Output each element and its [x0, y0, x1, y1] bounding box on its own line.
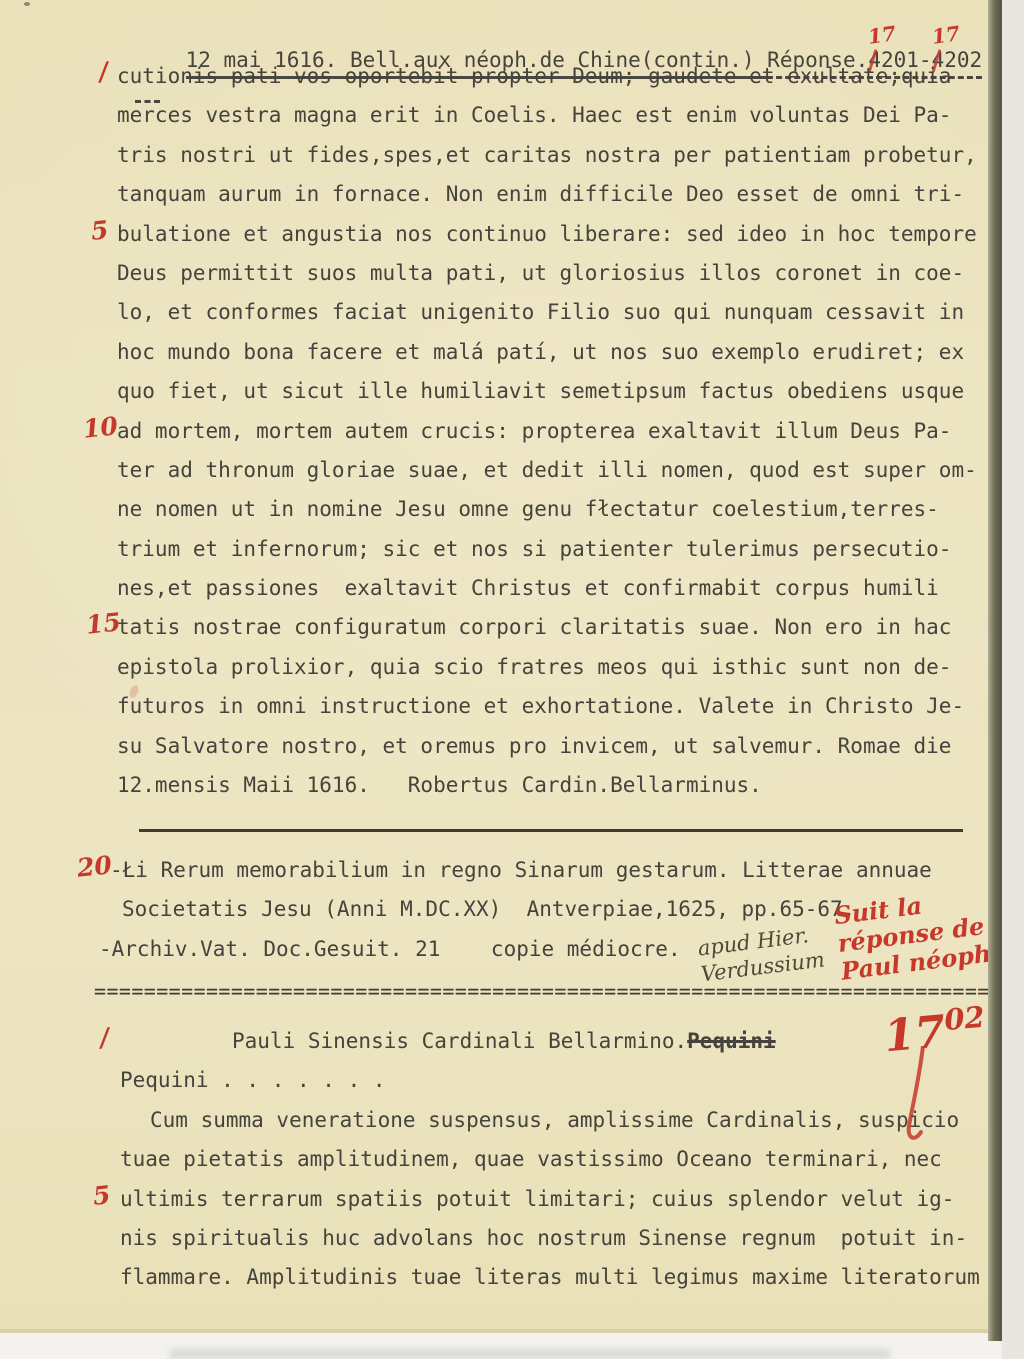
- text-line-content: Societatis Jesu (Anni M.DC.XX) Antverpia…: [122, 897, 855, 921]
- red-margin-line-number: 5: [92, 1182, 112, 1209]
- text-line: 20-Łi Rerum memorabilium in regno Sinaru…: [110, 851, 1002, 890]
- text-line: tuae pietatis amplitudinem, quae vastiss…: [120, 1140, 1000, 1179]
- text-line-content: epistola prolixior, quia scio fratres me…: [117, 655, 951, 679]
- text-line-content: tuae pietatis amplitudinem, quae vastiss…: [120, 1147, 942, 1171]
- text-line: 12.mensis Maii 1616. Robertus Cardin.Bel…: [117, 766, 997, 805]
- text-line-content: su Salvatore nostro, et oremus pro invic…: [117, 734, 951, 758]
- text-line-content: Deus permittit suos multa pati, ut glori…: [117, 261, 964, 285]
- text-line: epistola prolixior, quia scio fratres me…: [117, 648, 997, 687]
- text-line: hoc mundo bona facere et malá patí, ut n…: [117, 333, 997, 372]
- text-line-content: 12.mensis Maii 1616. Robertus Cardin.Bel…: [117, 773, 762, 797]
- text-line-content: tanquam aurum in fornace. Non enim diffi…: [117, 182, 964, 206]
- text-line-content: lo, et conformes faciat unigenito Filio …: [117, 300, 964, 324]
- red-margin-line-number: 15: [85, 610, 122, 639]
- text-line: nis spiritualis huc advolans hoc nostrum…: [120, 1219, 1000, 1258]
- red-correction-number: 17: [867, 23, 897, 47]
- text-line: 5bulatione et angustia nos continuo libe…: [117, 215, 997, 254]
- text-line: trium et infernorum; sic et nos si patie…: [117, 530, 997, 569]
- text-line-content: -Łi Rerum memorabilium in regno Sinarum …: [110, 858, 932, 882]
- struck-out-word: Pequini: [687, 1029, 776, 1053]
- text-line-content: nes,et passiones exaltavit Christus et c…: [117, 576, 939, 600]
- text-line-content: -Archiv.Vat. Doc.Gesuit. 21 copie médioc…: [99, 937, 681, 961]
- text-line-content: quo fiet, ut sicut ille humiliavit semet…: [117, 379, 964, 403]
- text-line: Pequini . . . . . . .: [120, 1061, 1000, 1100]
- text-line-content: cutionis pati vos oportebit propter Deum…: [117, 64, 951, 88]
- text-line-content: bulatione et angustia nos continuo liber…: [117, 222, 977, 246]
- page-right-edge: [988, 0, 1002, 1341]
- text-line-content: ad mortem, mortem autem crucis: proptere…: [117, 419, 951, 443]
- red-margin-line-number: /: [98, 59, 110, 85]
- text-line: quo fiet, ut sicut ille humiliavit semet…: [117, 372, 997, 411]
- text-line: ne nomen ut in nomine Jesu omne genu fłe…: [117, 490, 997, 529]
- text-line: Deus permittit suos multa pati, ut glori…: [117, 254, 997, 293]
- text-line-content: trium et infernorum; sic et nos si patie…: [117, 537, 951, 561]
- text-line-content: futuros in omni instructione et exhortat…: [117, 694, 964, 718]
- text-line-content: ne nomen ut in nomine Jesu omne genu fłe…: [117, 497, 939, 521]
- red-correction-number: 17: [930, 23, 960, 47]
- text-line: /cutionis pati vos oportebit propter Deu…: [117, 57, 997, 96]
- text-line: su Salvatore nostro, et oremus pro invic…: [117, 727, 997, 766]
- text-line: 10ad mortem, mortem autem crucis: propte…: [117, 412, 997, 451]
- text-line-content: ultimis terrarum spatiis potuit limitari…: [120, 1187, 954, 1211]
- text-line: Cum summa veneratione suspensus, ampliss…: [120, 1101, 1000, 1140]
- red-margin-line-number: /: [99, 1025, 111, 1051]
- red-margin-line-number: 20: [76, 852, 113, 881]
- text-line-content: nis spiritualis huc advolans hoc nostrum…: [120, 1226, 967, 1250]
- text-line-content: hoc mundo bona facere et malá patí, ut n…: [117, 340, 964, 364]
- text-line-content: tris nostri ut fides,spes,et caritas nos…: [117, 143, 977, 167]
- heading-text: Pauli Sinensis Cardinali Bellarmino.: [232, 1029, 687, 1053]
- text-line-content: ter ad thronum gloriae suae, et dedit il…: [117, 458, 977, 482]
- text-line: tris nostri ut fides,spes,et caritas nos…: [117, 136, 997, 175]
- double-dashed-separator: ========================================…: [94, 979, 1016, 1003]
- text-line-content: Pequini . . . . . . .: [120, 1068, 386, 1092]
- letter-2-heading: /Pauli Sinensis Cardinali Bellarmino.Peq…: [120, 1022, 1000, 1061]
- text-line: nes,et passiones exaltavit Christus et c…: [117, 569, 997, 608]
- text-line: ter ad thronum gloriae suae, et dedit il…: [117, 451, 997, 490]
- scan-background-right: [1002, 0, 1024, 1359]
- horizontal-rule: [139, 829, 963, 832]
- letter-1-body: /cutionis pati vos oportebit propter Deu…: [117, 57, 997, 805]
- text-line: 5ultimis terrarum spatiis potuit limitar…: [120, 1180, 1000, 1219]
- text-line: lo, et conformes faciat unigenito Filio …: [117, 293, 997, 332]
- scanned-document-page: 12 mai 1616. Bell.aux néoph.de Chine(con…: [0, 0, 1024, 1359]
- text-line-content: merces vestra magna erit in Coelis. Haec…: [117, 103, 951, 127]
- text-line: futuros in omni instructione et exhortat…: [117, 687, 997, 726]
- letter-2-body: /Pauli Sinensis Cardinali Bellarmino.Peq…: [120, 1022, 1000, 1298]
- text-line: merces vestra magna erit in Coelis. Haec…: [117, 96, 997, 135]
- text-line-content: flammare. Amplitudinis tuae literas mult…: [120, 1265, 980, 1289]
- page-shadow: [170, 1349, 890, 1359]
- text-line: tanquam aurum in fornace. Non enim diffi…: [117, 175, 997, 214]
- text-line-content: tatis nostrae configuratum corpori clari…: [117, 615, 951, 639]
- text-line: 15tatis nostrae configuratum corpori cla…: [117, 608, 997, 647]
- text-line-content: Cum summa veneratione suspensus, ampliss…: [150, 1108, 959, 1132]
- scan-speck: [24, 2, 30, 6]
- red-margin-line-number: 5: [90, 217, 110, 244]
- red-margin-line-number: 10: [82, 413, 119, 442]
- text-line: flammare. Amplitudinis tuae literas mult…: [120, 1258, 1000, 1297]
